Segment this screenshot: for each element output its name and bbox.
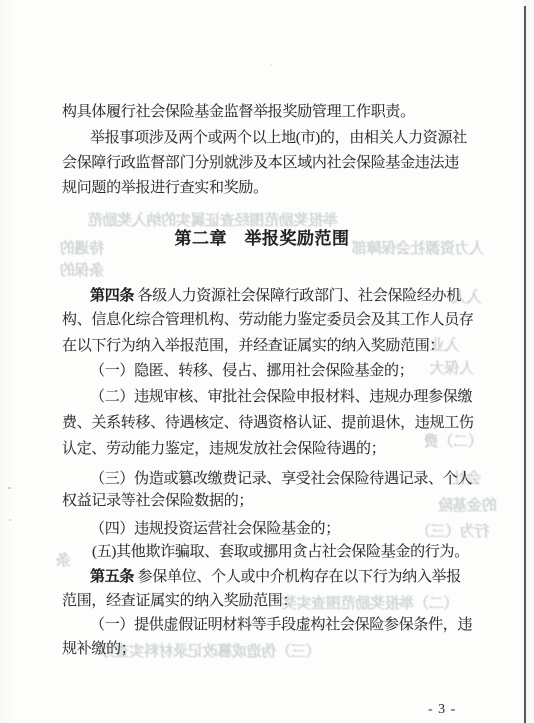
text-line: 规问题的举报进行查实和奖励。	[62, 179, 268, 197]
scan-speck	[9, 519, 11, 521]
text-line: 在以下行为纳入举报范围，并经查证属实的纳入奖励范围：	[62, 337, 444, 355]
text-line: 第四条 各级人力资源社会保障行政部门、社会保险经办机	[90, 287, 461, 305]
text-line: （一）提供虚假证明材料等手段虚构社会保险参保条件，违	[90, 616, 472, 634]
bleedthrough-line: 人保大	[430, 360, 474, 378]
text-line: 范围，经查证属实的纳入奖励范围：	[62, 592, 297, 610]
bleedthrough-line: （二）举报奖励范围查实奖	[282, 595, 458, 613]
bleedthrough-line: 举报奖励范围经查证属实的纳入奖励范	[88, 212, 338, 230]
text-line: 费、关系转移、待遇核定、待遇资格认证、提前退休，违规工伤	[62, 414, 474, 432]
scan-speck	[270, 64, 272, 66]
article-number-label: 第五条	[90, 569, 134, 585]
text-line: 规补缴的；	[62, 640, 136, 658]
chapter-heading: 第二章 举报奖励范围	[0, 229, 524, 249]
article-number-label: 第四条	[90, 288, 134, 304]
scan-speck	[8, 487, 11, 489]
text-line: (五)其他欺诈骗取、套取或挪用贪占社会保险基金的行为。	[92, 543, 469, 561]
bleedthrough-line: 的金基险	[438, 497, 497, 515]
text-line: （四）违规投资运营社会保险基金的；	[90, 520, 340, 538]
text-line: 认定、劳动能力鉴定，违规发放社会保险待遇的；	[62, 440, 385, 458]
text-line: 第五条 参保单位、个人或中介机构存在以下行为纳入举报	[90, 568, 461, 586]
bleedthrough-line: （二）费	[424, 433, 483, 451]
text-line: 举报事项涉及两个或两个以上地(市)的，由相关人力资源社	[90, 129, 467, 147]
text-line: 会保障行政监督部门分别就涉及本区域内社会保险基金违法违	[62, 154, 459, 172]
scanned-document-page: 举报奖励范围经查证属实的纳入奖励范人力资源社会保障部待遇的条保的入人入业人保大（…	[0, 0, 534, 723]
text-line: （二）违规审核、审批社会保险申报材料、违规办理参保缴	[90, 388, 472, 406]
scan-edge-line	[524, 6, 526, 723]
text-line: 构、信息化综合管理机构、劳动能力鉴定委员会及其工作人员存	[62, 311, 474, 329]
text-line: 权益记录等社会保险数据的；	[62, 492, 253, 510]
text-line: （一）隐匿、转移、侵占、挪用社会保险基金的；	[90, 362, 413, 380]
bleedthrough-line: 条保的	[60, 262, 104, 280]
text-line: 构具体履行社会保险基金监督举报奖励管理工作职责。	[62, 103, 415, 121]
text-line: （三）伪造或篡改缴费记录、享受社会保险待遇记录、个人	[90, 470, 472, 488]
page-number: - 3 -	[428, 702, 456, 718]
bleedthrough-line: 条	[56, 552, 71, 570]
bleedthrough-line: 行为（三）	[416, 523, 490, 541]
